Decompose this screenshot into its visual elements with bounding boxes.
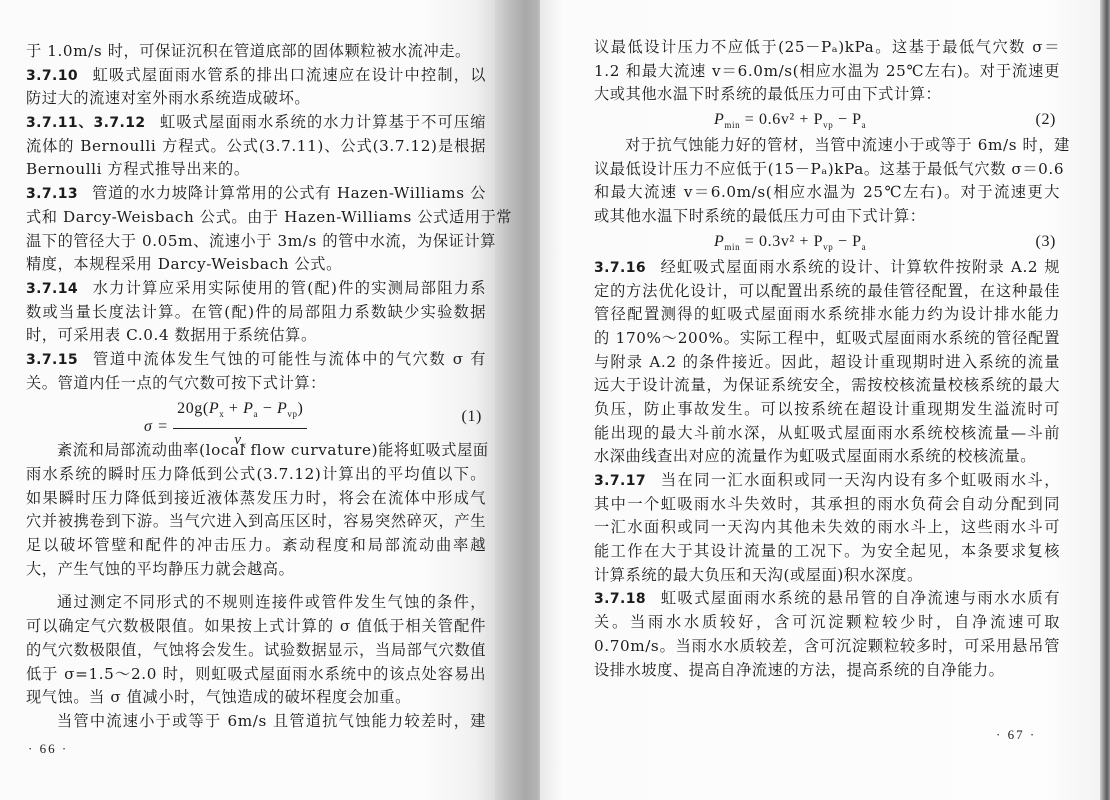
- line-text: 管道中流体发生气蚀的可能性与流体中的气穴数 σ 有: [92, 350, 486, 368]
- line-text: 大，产生气蚀的平均静压力就会越高。: [26, 560, 294, 578]
- formula-2: Pmin = 0.6v² + Pvp − Pa (2): [594, 107, 1060, 134]
- formula-1-denominator: vx: [173, 429, 307, 458]
- formula-1-lhs: σ =: [144, 418, 169, 435]
- equation-number-2: (2): [1036, 108, 1056, 132]
- text-line: 管径配置测得的虹吸式屋面雨水系统排水能力约为设计排水能力: [594, 303, 1060, 327]
- book-gutter: [495, 0, 545, 800]
- line-text: 经虹吸式屋面雨水系统的设计、计算软件按附录 A.2 规: [660, 258, 1060, 276]
- text-line: 负压，防止事故发生。可以按系统在超设计重现期发生溢流时可: [594, 398, 1060, 422]
- line-text: 虹吸式屋面雨水管系的排出口流速应在设计中控制，以: [92, 66, 486, 84]
- line-text: 的气穴数极限值，气蚀将会发生。试验数据显示，当局部气穴数值: [26, 641, 486, 659]
- text-line: 于 1.0m/s 时，可保证沉积在管道底部的固体颗粒被水流冲走。: [26, 40, 486, 64]
- line-text: Bernoulli 方程式推导出来的。: [26, 160, 250, 178]
- line-text: 式和 Darcy-Weisbach 公式。由于 Hazen-Williams 公…: [26, 208, 512, 226]
- clause-line: 3.7.10虹吸式屋面雨水管系的排出口流速应在设计中控制，以: [26, 64, 486, 88]
- line-text: 0.70m/s。当雨水水质较差，含可沉淀颗粒较多时，可采用悬吊管: [594, 637, 1060, 655]
- line-text: 足以破坏管壁和配件的冲击压力。紊动程度和局部流动曲率越: [26, 536, 486, 554]
- text-line: 能工作在大于其设计流量的工况下。为安全起见，本条要求复核: [594, 540, 1060, 564]
- line-text: 和最大流速 v＝6.0m/s(相应水温为 25℃左右)。对于流速更大: [594, 183, 1060, 201]
- clause-number: 3.7.13: [26, 186, 78, 202]
- line-text: 现气蚀。当 σ 值减小时，气蚀造成的破坏程度会加重。: [26, 688, 411, 706]
- clause-line: 3.7.11、3.7.12虹吸式屋面雨水系统的水力计算基于不可压缩: [26, 111, 486, 135]
- text-line: 能出现的最大斗前水深，从虹吸式屋面雨水系统校核流量—斗前: [594, 422, 1060, 446]
- line-text: 计算系统的最大负压和天沟(或屋面)积水深度。: [594, 566, 923, 584]
- text-line: 关。当雨水水质较好，含可沉淀颗粒较少时，自净流速可取: [594, 611, 1060, 635]
- line-text: 温下的管径大于 0.05m、流速小于 3m/s 的管中水流，为保证计算: [26, 232, 496, 250]
- text-line: Bernoulli 方程式推导出来的。: [26, 158, 486, 182]
- text-line: 现气蚀。当 σ 值减小时，气蚀造成的破坏程度会加重。: [26, 686, 486, 710]
- text-line: 当管中流速小于或等于 6m/s 且管道抗气蚀能力较差时，建: [26, 710, 486, 734]
- page-number-left: · 66 ·: [28, 741, 68, 757]
- line-text: 负压，防止事故发生。可以按系统在超设计重现期发生溢流时可: [594, 400, 1060, 418]
- line-text: 的 170%～200%。实际工程中，虹吸式屋面雨水系统的管径配置: [594, 329, 1060, 347]
- text-line: 设排水坡度、提高自净流速的方法，提高系统的自净能力。: [594, 659, 1060, 683]
- paragraph-spacer: [26, 581, 486, 591]
- line-text: 时，可采用表 C.0.4 数据用于系统估算。: [26, 326, 317, 344]
- text-line: 和最大流速 v＝6.0m/s(相应水温为 25℃左右)。对于流速更大: [594, 181, 1060, 205]
- line-text: 管径配置测得的虹吸式屋面雨水系统排水能力约为设计排水能力: [594, 305, 1060, 323]
- line-text: 其中一个虹吸雨水斗失效时，其承担的雨水负荷会自动分配到同: [594, 495, 1060, 513]
- line-text: 关。管道内任一点的气穴数可按下式计算：: [26, 374, 326, 392]
- line-text: 水力计算应采用实际使用的管(配)件的实测局部阻力系: [92, 279, 486, 297]
- clause-number: 3.7.17: [594, 473, 646, 489]
- clause-number: 3.7.10: [26, 68, 78, 84]
- text-line: 通过测定不同形式的不规则连接件或管件发生气蚀的条件，: [26, 591, 486, 615]
- line-text: 一汇水面积或同一天沟内其他未失效的雨水斗上，这些雨水斗可: [594, 518, 1060, 536]
- line-text: 或其他水温下时系统的最低压力可由下式计算：: [594, 207, 926, 225]
- text-line: 大或其他水温下时系统的最低压力可由下式计算：: [594, 83, 1060, 107]
- text-line: 议最低设计压力不应低于(15－Pₐ)kPa。这基于最低气穴数 σ＝0.6: [594, 158, 1060, 182]
- text-line: 远大于设计流量，为保证系统安全，需按校核流量校核系统的最大: [594, 374, 1060, 398]
- line-text: 管道的水力坡降计算常用的公式有 Hazen-Williams 公: [92, 184, 486, 202]
- text-line: 精度，本规程采用 Darcy-Weisbach 公式。: [26, 253, 486, 277]
- line-text: 能工作在大于其设计流量的工况下。为安全起见，本条要求复核: [594, 542, 1060, 560]
- line-text: 于 1.0m/s 时，可保证沉积在管道底部的固体颗粒被水流冲走。: [26, 42, 471, 60]
- line-text: 精度，本规程采用 Darcy-Weisbach 公式。: [26, 255, 342, 273]
- text-line: 时，可采用表 C.0.4 数据用于系统估算。: [26, 324, 486, 348]
- text-line: 议最低设计压力不应低于(25－Pₐ)kPa。这基于最低气穴数 σ＝: [594, 36, 1060, 60]
- line-text: 水深曲线查出对应的流量作为虹吸式屋面雨水系统的校核流量。: [594, 447, 1036, 465]
- text-line: 的 170%～200%。实际工程中，虹吸式屋面雨水系统的管径配置: [594, 327, 1060, 351]
- right-paragraphs-c: 3.7.16经虹吸式屋面雨水系统的设计、计算软件按附录 A.2 规定的方法优化设…: [594, 256, 1060, 682]
- text-line: 式和 Darcy-Weisbach 公式。由于 Hazen-Williams 公…: [26, 206, 486, 230]
- line-text: 议最低设计压力不应低于(15－Pₐ)kPa。这基于最低气穴数 σ＝0.6: [594, 160, 1064, 178]
- line-text: 流体的 Bernoulli 方程式。公式(3.7.11)、公式(3.7.12)是…: [26, 137, 486, 155]
- line-text: 大或其他水温下时系统的最低压力可由下式计算：: [594, 85, 941, 103]
- left-page-text: 于 1.0m/s 时，可保证沉积在管道底部的固体颗粒被水流冲走。3.7.10虹吸…: [26, 40, 486, 734]
- clause-number: 3.7.15: [26, 352, 78, 368]
- text-line: 温下的管径大于 0.05m、流速小于 3m/s 的管中水流，为保证计算: [26, 230, 486, 254]
- line-text: 关。当雨水水质较好，含可沉淀颗粒较少时，自净流速可取: [594, 613, 1060, 631]
- left-paragraphs-a: 于 1.0m/s 时，可保证沉积在管道底部的固体颗粒被水流冲走。3.7.10虹吸…: [26, 40, 486, 395]
- text-line: 定的方法优化设计，可以配置出系统的最佳管径配置，在这种最佳: [594, 280, 1060, 304]
- text-line: 或其他水温下时系统的最低压力可由下式计算：: [594, 205, 1060, 229]
- text-line: 可以确定气穴数极限值。如果按上式计算的 σ 值低于相关管配件: [26, 615, 486, 639]
- text-line: 0.70m/s。当雨水水质较差，含可沉淀颗粒较多时，可采用悬吊管: [594, 635, 1060, 659]
- line-text: 当在同一汇水面积或同一天沟内设有多个虹吸雨水斗，: [660, 471, 1060, 489]
- formula-3: Pmin = 0.3v² + Pvp − Pa (3): [594, 229, 1060, 256]
- text-line: 流体的 Bernoulli 方程式。公式(3.7.11)、公式(3.7.12)是…: [26, 135, 486, 159]
- line-text: 远大于设计流量，为保证系统安全，需按校核流量校核系统的最大: [594, 376, 1060, 394]
- right-page-text: 议最低设计压力不应低于(25－Pₐ)kPa。这基于最低气穴数 σ＝1.2 和最大…: [594, 36, 1060, 682]
- line-text: 防过大的流速对室外雨水系统造成破坏。: [26, 89, 310, 107]
- clause-number: 3.7.16: [594, 260, 646, 276]
- text-line: 足以破坏管壁和配件的冲击压力。紊动程度和局部流动曲率越: [26, 534, 486, 558]
- line-text: 当管中流速小于或等于 6m/s 且管道抗气蚀能力较差时，建: [57, 712, 486, 730]
- text-line: 的气穴数极限值，气蚀将会发生。试验数据显示，当局部气穴数值: [26, 639, 486, 663]
- text-line: 穴并被携卷到下游。当气穴进入到高压区时，容易突然碎灭，产生: [26, 510, 486, 534]
- line-text: 虹吸式屋面雨水系统的水力计算基于不可压缩: [159, 113, 486, 131]
- clause-number: 3.7.14: [26, 281, 78, 297]
- line-text: 通过测定不同形式的不规则连接件或管件发生气蚀的条件，: [57, 593, 486, 611]
- text-line: 雨水系统的瞬时压力降低到公式(3.7.12)计算出的平均值以下。: [26, 463, 486, 487]
- text-line: 水深曲线查出对应的流量作为虹吸式屋面雨水系统的校核流量。: [594, 445, 1060, 469]
- text-line: 一汇水面积或同一天沟内其他未失效的雨水斗上，这些雨水斗可: [594, 516, 1060, 540]
- line-text: 设排水坡度、提高自净流速的方法，提高系统的自净能力。: [594, 661, 1004, 679]
- line-text: 穴并被携卷到下游。当气穴进入到高压区时，容易突然碎灭，产生: [26, 512, 486, 530]
- text-line: 低于 σ=1.5～2.0 时，则虹吸式屋面雨水系统中的该点处容易出: [26, 663, 486, 687]
- line-text: 议最低设计压力不应低于(25－Pₐ)kPa。这基于最低气穴数 σ＝: [594, 38, 1060, 56]
- formula-1: σ = 20g(Px + Pa − Pvp) vx (1): [26, 395, 486, 439]
- clause-number: 3.7.11、3.7.12: [26, 115, 145, 131]
- line-text: 能出现的最大斗前水深，从虹吸式屋面雨水系统校核流量—斗前: [594, 424, 1060, 442]
- text-line: 其中一个虹吸雨水斗失效时，其承担的雨水负荷会自动分配到同: [594, 493, 1060, 517]
- clause-line: 3.7.15管道中流体发生气蚀的可能性与流体中的气穴数 σ 有: [26, 348, 486, 372]
- left-paragraphs-b: 紊流和局部流动曲率(local flow curvature)能将虹吸式屋面雨水…: [26, 439, 486, 733]
- text-line: 如果瞬时压力降低到接近液体蒸发压力时，将会在流体中形成气: [26, 487, 486, 511]
- line-text: 与附录 A.2 的条件接近。因此，超设计重现期时进入系统的流量: [594, 353, 1060, 371]
- line-text: 定的方法优化设计，可以配置出系统的最佳管径配置，在这种最佳: [594, 282, 1060, 300]
- line-text: 如果瞬时压力降低到接近液体蒸发压力时，将会在流体中形成气: [26, 489, 486, 507]
- line-text: 雨水系统的瞬时压力降低到公式(3.7.12)计算出的平均值以下。: [26, 465, 486, 483]
- clause-line: 3.7.18虹吸式屋面雨水系统的悬吊管的自净流速与雨水水质有: [594, 587, 1060, 611]
- page-number-right: · 67 ·: [996, 727, 1036, 743]
- text-line: 防过大的流速对室外雨水系统造成破坏。: [26, 87, 486, 111]
- right-paragraphs-a: 议最低设计压力不应低于(25－Pₐ)kPa。这基于最低气穴数 σ＝1.2 和最大…: [594, 36, 1060, 107]
- line-text: 数或当量长度法计算。在管(配)件的局部阻力系数缺少实验数据: [26, 303, 486, 321]
- line-text: 1.2 和最大流速 v＝6.0m/s(相应水温为 25℃左右)。对于流速更: [594, 62, 1060, 80]
- clause-line: 3.7.17当在同一汇水面积或同一天沟内设有多个虹吸雨水斗，: [594, 469, 1060, 493]
- text-line: 大，产生气蚀的平均静压力就会越高。: [26, 558, 486, 582]
- text-line: 数或当量长度法计算。在管(配)件的局部阻力系数缺少实验数据: [26, 301, 486, 325]
- text-line: 关。管道内任一点的气穴数可按下式计算：: [26, 372, 486, 396]
- line-text: 低于 σ=1.5～2.0 时，则虹吸式屋面雨水系统中的该点处容易出: [26, 665, 486, 683]
- formula-1-fraction: 20g(Px + Pa − Pvp) vx: [173, 397, 307, 458]
- text-line: 与附录 A.2 的条件接近。因此，超设计重现期时进入系统的流量: [594, 351, 1060, 375]
- clause-number: 3.7.18: [594, 591, 646, 607]
- clause-line: 3.7.13管道的水力坡降计算常用的公式有 Hazen-Williams 公: [26, 182, 486, 206]
- page-edge: [1100, 0, 1110, 800]
- right-paragraphs-b: 对于抗气蚀能力好的管材，当管中流速小于或等于 6m/s 时，建议最低设计压力不应…: [594, 134, 1060, 229]
- formula-1-numerator: 20g(Px + Pa − Pvp): [173, 397, 307, 429]
- line-text: 虹吸式屋面雨水系统的悬吊管的自净流速与雨水水质有: [660, 589, 1060, 607]
- equation-number-1: (1): [462, 405, 482, 429]
- text-line: 1.2 和最大流速 v＝6.0m/s(相应水温为 25℃左右)。对于流速更: [594, 60, 1060, 84]
- line-text: 可以确定气穴数极限值。如果按上式计算的 σ 值低于相关管配件: [26, 617, 486, 635]
- text-line: 计算系统的最大负压和天沟(或屋面)积水深度。: [594, 564, 1060, 588]
- line-text: 对于抗气蚀能力好的管材，当管中流速小于或等于 6m/s 时，建: [625, 136, 1070, 154]
- clause-line: 3.7.14水力计算应采用实际使用的管(配)件的实测局部阻力系: [26, 277, 486, 301]
- equation-number-3: (3): [1036, 230, 1056, 254]
